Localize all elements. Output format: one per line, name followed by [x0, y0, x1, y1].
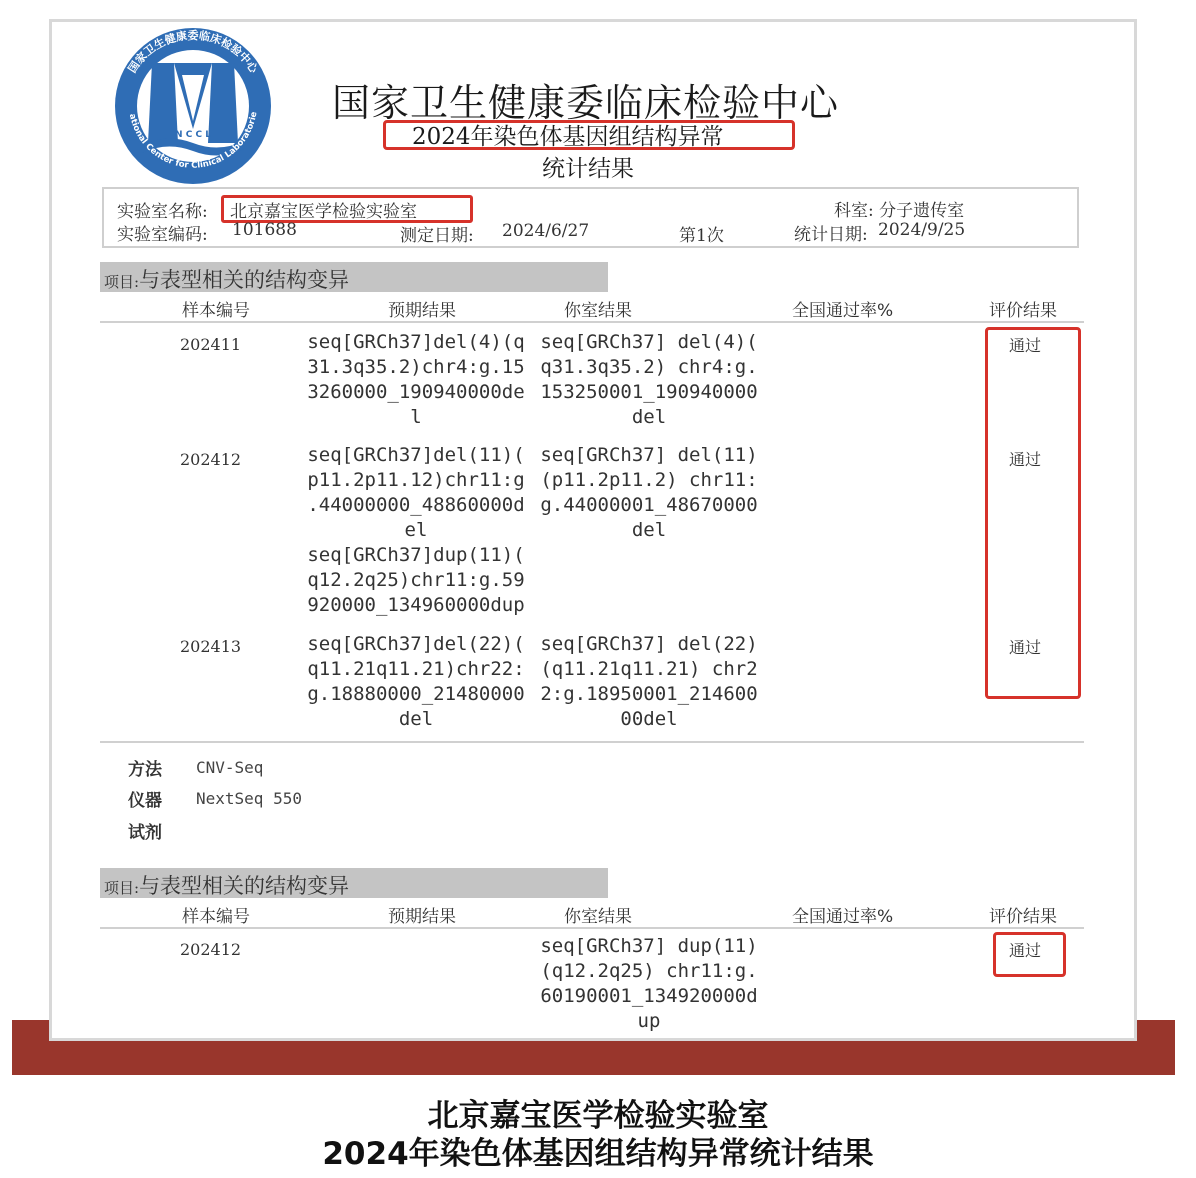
col-lab-result: 你室结果	[564, 902, 632, 927]
row-expected: seq[GRCh37]del(11)( p11.2p11.12)chr11:g …	[301, 443, 531, 618]
test-date: 2024/6/27	[502, 221, 589, 241]
stat-date: 2024/9/25	[878, 220, 965, 240]
caption-line-2: 2024年染色体基因组结构异常统计结果	[0, 1128, 1196, 1173]
row-sample-id: 202413	[180, 637, 241, 656]
row-lab-result: seq[GRCh37] dup(11) (q12.2q25) chr11:g. …	[534, 934, 764, 1034]
row-lab-result: seq[GRCh37] del(4)( q31.3q35.2) chr4:g. …	[534, 330, 764, 430]
method-value: CNV-Seq	[196, 758, 263, 777]
round: 第1次	[679, 221, 724, 246]
method-label: 方法	[128, 755, 162, 780]
section-title: 与表型相关的结构变异	[139, 268, 349, 292]
lab-name-label: 实验室名称:	[117, 197, 208, 222]
instrument-value: NextSeq 550	[196, 789, 302, 808]
row-expected: seq[GRCh37]del(4)(q 31.3q35.2)chr4:g.15 …	[301, 330, 531, 430]
reagent-label: 试剂	[128, 818, 162, 843]
col-evaluation: 评价结果	[989, 296, 1057, 321]
row-lab-result: seq[GRCh37] del(11) (p11.2p11.2) chr11: …	[534, 443, 764, 543]
col-pass-rate: 全国通过率%	[792, 902, 893, 927]
col-expected: 预期结果	[388, 296, 456, 321]
row-sample-id: 202412	[180, 940, 241, 959]
lab-name: 北京嘉宝医学检验实验室	[230, 197, 417, 222]
nccl-logo-icon: N C C L 国家卫生健康委临床检验中心 National Center fo…	[112, 25, 274, 187]
section-title: 与表型相关的结构变异	[139, 874, 349, 898]
col-pass-rate: 全国通过率%	[792, 296, 893, 321]
section-header-2: 项目:与表型相关的结构变异	[100, 868, 608, 898]
col-sample-id: 样本编号	[182, 902, 250, 927]
report-subtitle-line2: 统计结果	[542, 150, 634, 183]
section-header-1: 项目:与表型相关的结构变异	[100, 262, 608, 292]
col-evaluation: 评价结果	[989, 902, 1057, 927]
row-lab-result: seq[GRCh37] del(22) (q11.21q11.21) chr2 …	[534, 632, 764, 732]
col-sample-id: 样本编号	[182, 296, 250, 321]
lab-code: 101688	[232, 220, 297, 240]
header-rule	[100, 927, 1084, 929]
col-expected: 预期结果	[388, 902, 456, 927]
header-rule	[100, 321, 1084, 323]
stat-date-label: 统计日期:	[794, 220, 868, 245]
section-end-rule	[100, 741, 1084, 743]
instrument-label: 仪器	[128, 786, 162, 811]
evaluation-highlight-box	[993, 932, 1066, 977]
row-sample-id: 202411	[180, 335, 241, 354]
evaluation-highlight-box	[985, 327, 1081, 699]
report-document: N C C L 国家卫生健康委临床检验中心 National Center fo…	[49, 19, 1137, 1041]
department: 科室: 分子遗传室	[834, 196, 964, 221]
row-expected: seq[GRCh37]del(22)( q11.21q11.21)chr22: …	[301, 632, 531, 732]
test-date-label: 测定日期:	[400, 221, 474, 246]
svg-text:N C C L: N C C L	[175, 130, 211, 140]
section-prefix: 项目:	[104, 273, 139, 291]
report-subtitle: 2024年染色体基因组结构异常	[412, 118, 724, 151]
lab-code-label: 实验室编码:	[117, 220, 208, 245]
section-prefix: 项目:	[104, 879, 139, 897]
col-lab-result: 你室结果	[564, 296, 632, 321]
row-sample-id: 202412	[180, 450, 241, 469]
